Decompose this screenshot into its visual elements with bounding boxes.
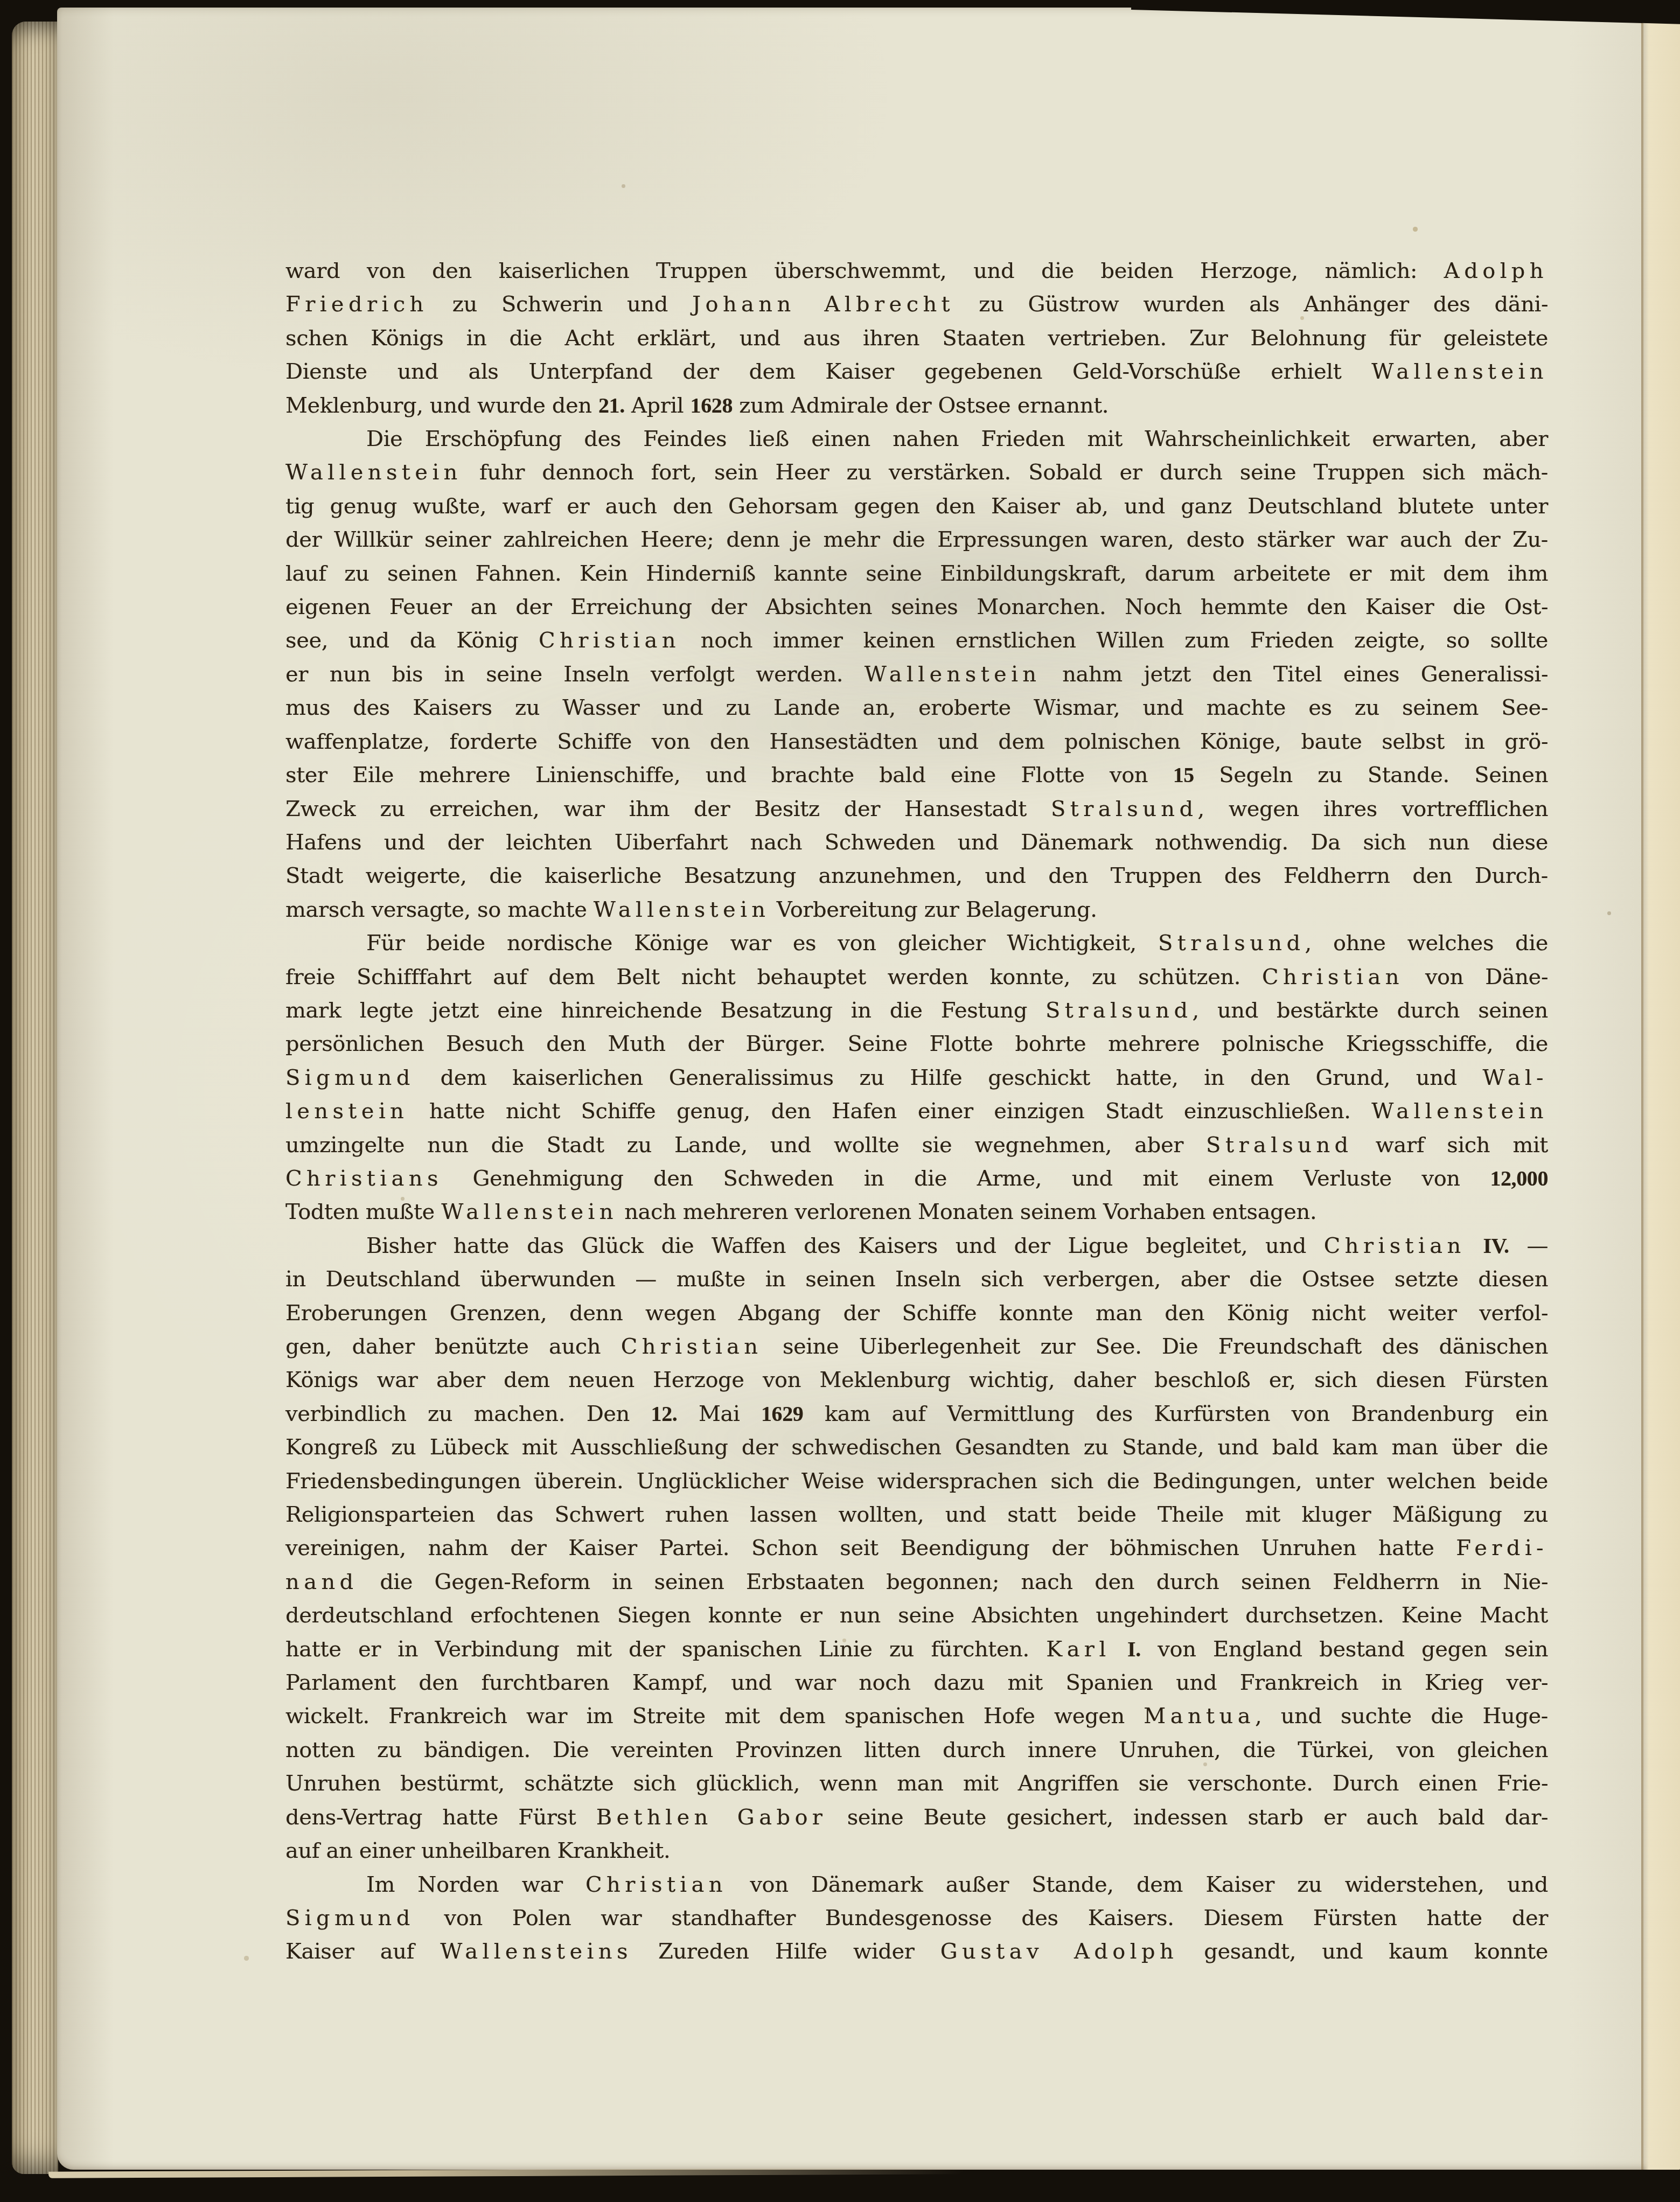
spaced-name: Christian (1324, 1234, 1466, 1258)
spaced-name: Karl (1046, 1637, 1110, 1662)
text-run (1466, 1234, 1483, 1258)
text-line: mus des Kaisers zu Wasser und zu Lande a… (285, 691, 1548, 724)
spaced-name: Christian (1262, 965, 1404, 989)
text-run: Meklenburg, und wurde den (285, 393, 598, 418)
text-run: Segeln zu Stande. Seinen (1194, 763, 1548, 788)
text-line: ster Eile mehrere Linienschiffe, und bra… (285, 758, 1548, 792)
text-run: , ohne welches die (1305, 931, 1548, 956)
text-line: Königs war aber dem neuen Herzoge von Me… (285, 1363, 1548, 1397)
text-line: Unruhen bestürmt, schätzte sich glücklic… (285, 1767, 1548, 1800)
text-line: Friedensbedingungen überein. Unglücklich… (285, 1465, 1548, 1498)
text-line: lauf zu seinen Fahnen. Kein Hinderniß ka… (285, 557, 1548, 590)
text-run: Hafens und der leichten Uiberfahrt nach … (285, 830, 1548, 855)
text-line: dens-Vertrag hatte Fürst Bethlen Gabor s… (285, 1801, 1548, 1834)
text-run: zu Schwerin und (428, 292, 692, 317)
text-run: hatte er in Verbindung mit der spanische… (285, 1637, 1046, 1662)
page-text-block: ward von den kaiserlichen Truppen übersc… (285, 254, 1548, 1969)
text-run: Für beide nordische Könige war es von gl… (366, 931, 1158, 956)
text-line: waffenplatze, forderte Schiffe von den H… (285, 725, 1548, 758)
spaced-name: Friedrich (285, 292, 428, 317)
text-run: nahm jetzt den Titel eines Generalissi- (1041, 662, 1548, 687)
text-run: Mai (677, 1402, 761, 1426)
text-run: Kaiser auf (285, 1939, 440, 1964)
text-run: hatte nicht Schiffe genug, den Hafen ein… (408, 1099, 1371, 1124)
text-run: kam auf Vermittlung des Kurfürsten von B… (803, 1402, 1548, 1426)
spaced-name: Adolph (1444, 259, 1548, 283)
text-run: ward von den kaiserlichen Truppen übersc… (285, 259, 1444, 283)
text-run: auf an einer unheilbaren Krankheit. (285, 1838, 670, 1863)
antiqua-figure: 21. (598, 393, 625, 417)
text-line: Religionsparteien das Schwert ruhen lass… (285, 1498, 1548, 1531)
text-line: persönlichen Besuch den Muth der Bürger.… (285, 1027, 1548, 1061)
page-fold-edge (1641, 8, 1680, 2170)
text-line: Bisher hatte das Glück die Waffen des Ka… (285, 1229, 1548, 1263)
text-run: Stadt weigerte, die kaiserliche Besatzun… (285, 863, 1548, 888)
text-run: warf sich mit (1353, 1133, 1548, 1158)
text-run: eigenen Feuer an der Erreichung der Absi… (285, 595, 1548, 619)
text-run: freie Schifffahrt auf dem Belt nicht beh… (285, 965, 1262, 989)
spaced-name: Wallenstein (865, 662, 1041, 687)
text-run: Zureden Hilfe wider (632, 1939, 940, 1964)
text-run: noch immer keinen ernstlichen Willen zum… (680, 628, 1548, 653)
spaced-name: Wallensteins (440, 1939, 632, 1964)
text-line: notten zu bändigen. Die vereinten Provin… (285, 1733, 1548, 1767)
text-run: gesandt, und kaum konnte (1178, 1939, 1548, 1964)
text-run: see, und da König (285, 628, 539, 653)
text-line: hatte er in Verbindung mit der spanische… (285, 1633, 1548, 1666)
text-run: zu Güstrow wurden als Anhänger des däni- (954, 292, 1548, 317)
text-run (1111, 1637, 1127, 1662)
text-line: Zweck zu erreichen, war ihm der Besitz d… (285, 792, 1548, 826)
text-run: Die Erschöpfung des Feindes ließ einen n… (366, 427, 1548, 451)
text-run: von Dänemark außer Stande, dem Kaiser zu… (727, 1872, 1548, 1897)
text-run: Religionsparteien das Schwert ruhen lass… (285, 1502, 1548, 1527)
text-run: Genehmigung den Schweden in die Arme, un… (443, 1166, 1490, 1191)
text-line: Meklenburg, und wurde den 21. April 1628… (285, 389, 1548, 422)
text-run: vereinigen, nahm der Kaiser Partei. Scho… (285, 1536, 1456, 1560)
text-run: Unruhen bestürmt, schätzte sich glücklic… (285, 1771, 1548, 1796)
spaced-name: Christian (539, 628, 680, 653)
text-line: Christians Genehmigung den Schweden in d… (285, 1162, 1548, 1195)
text-run: , wegen ihres vortrefflichen (1198, 797, 1548, 821)
spaced-name: Wallenstein (1371, 359, 1548, 384)
antiqua-figure: 12,000 (1490, 1166, 1548, 1190)
spaced-name: Wal- (1483, 1065, 1548, 1090)
text-run: Eroberungen Grenzen, denn wegen Abgang d… (285, 1301, 1548, 1326)
text-line: Eroberungen Grenzen, denn wegen Abgang d… (285, 1297, 1548, 1330)
spaced-name: Wallenstein (594, 897, 770, 922)
spaced-name: Christian (585, 1872, 727, 1897)
spaced-name: Gustav Adolph (940, 1939, 1178, 1964)
text-line: verbindlich zu machen. Den 12. Mai 1629 … (285, 1397, 1548, 1431)
text-line: umzingelte nun die Stadt zu Lande, und w… (285, 1128, 1548, 1162)
text-run: Königs war aber dem neuen Herzoge von Me… (285, 1368, 1548, 1392)
text-line: in Deutschland überwunden — mußte in sei… (285, 1263, 1548, 1296)
spaced-name: Christians (285, 1166, 443, 1191)
text-line: der Willkür seiner zahlreichen Heere; de… (285, 523, 1548, 556)
text-line: Kongreß zu Lübeck mit Ausschließung der … (285, 1431, 1548, 1464)
text-line: Stadt weigerte, die kaiserliche Besatzun… (285, 859, 1548, 893)
text-run: , und suchte die Huge- (1255, 1704, 1548, 1729)
text-run: mus des Kaisers zu Wasser und zu Lande a… (285, 695, 1548, 720)
text-run: nach mehreren verlorenen Monaten seinem … (618, 1200, 1316, 1224)
text-line: gen, daher benützte auch Christian seine… (285, 1330, 1548, 1363)
text-line: Parlament den furchtbaren Kampf, und war… (285, 1666, 1548, 1699)
text-line: Die Erschöpfung des Feindes ließ einen n… (285, 422, 1548, 456)
text-run: von Däne- (1404, 965, 1548, 989)
text-run: wickelt. Frankreich war im Streite mit d… (285, 1704, 1144, 1729)
spaced-name: Christian (621, 1334, 763, 1359)
text-run: zum Admirale der Ostsee ernannt. (733, 393, 1109, 418)
text-run: Kongreß zu Lübeck mit Ausschließung der … (285, 1435, 1548, 1460)
spaced-name: Bethlen Gabor (596, 1805, 827, 1830)
text-line: freie Schifffahrt auf dem Belt nicht beh… (285, 960, 1548, 994)
text-line: Hafens und der leichten Uiberfahrt nach … (285, 826, 1548, 859)
antiqua-figure: IV. (1483, 1234, 1509, 1258)
text-run: mark legte jetzt eine hinreichende Besat… (285, 998, 1045, 1023)
text-run: umzingelte nun die Stadt zu Lande, und w… (285, 1133, 1206, 1158)
spaced-name: Wallenstein (285, 460, 462, 485)
text-run: Friedensbedingungen überein. Unglücklich… (285, 1469, 1548, 1494)
text-run: Im Norden war (366, 1872, 585, 1897)
text-line: ward von den kaiserlichen Truppen übersc… (285, 254, 1548, 288)
text-line: schen Königs in die Acht erklärt, und au… (285, 322, 1548, 355)
book-fore-edge-pages (12, 22, 58, 2174)
paper-specks (57, 8, 59, 9)
text-run: verbindlich zu machen. Den (285, 1402, 651, 1426)
text-line: lenstein hatte nicht Schiffe genug, den … (285, 1095, 1548, 1128)
text-run: — (1509, 1234, 1548, 1258)
text-run: Dienste und als Unterpfand der dem Kaise… (285, 359, 1371, 384)
text-run: die Gegen-Reform in seinen Erbstaaten be… (358, 1570, 1548, 1594)
text-run: von England bestand gegen sein (1141, 1637, 1548, 1662)
book-page: ward von den kaiserlichen Truppen übersc… (57, 8, 1680, 2170)
text-line: mark legte jetzt eine hinreichende Besat… (285, 994, 1548, 1027)
text-run: notten zu bändigen. Die vereinten Provin… (285, 1738, 1548, 1762)
text-run: Zweck zu erreichen, war ihm der Besitz d… (285, 797, 1051, 821)
text-line: Friedrich zu Schwerin und Johann Albrech… (285, 288, 1548, 321)
text-run: seine Uiberlegenheit zur See. Die Freund… (763, 1334, 1549, 1359)
text-run: er nun bis in seine Inseln verfolgt werd… (285, 662, 865, 687)
text-line: wickelt. Frankreich war im Streite mit d… (285, 1699, 1548, 1733)
spaced-name: nand (285, 1570, 358, 1594)
text-line: Sigmund von Polen war standhafter Bundes… (285, 1901, 1548, 1935)
text-line: Wallenstein fuhr dennoch fort, sein Heer… (285, 456, 1548, 489)
text-run: lauf zu seinen Fahnen. Kein Hinderniß ka… (285, 561, 1548, 586)
text-run: fuhr dennoch fort, sein Heer zu verstärk… (462, 460, 1548, 485)
text-line: Sigmund dem kaiserlichen Generalissimus … (285, 1061, 1548, 1095)
text-line: nand die Gegen-Reform in seinen Erbstaat… (285, 1565, 1548, 1599)
text-line: Für beide nordische Könige war es von gl… (285, 926, 1548, 960)
text-run: ster Eile mehrere Linienschiffe, und bra… (285, 763, 1173, 788)
text-run: schen Königs in die Acht erklärt, und au… (285, 326, 1548, 351)
text-run: , und bestärkte durch seinen (1193, 998, 1548, 1023)
antiqua-figure: 15 (1173, 763, 1194, 787)
text-line: Todten mußte Wallenstein nach mehreren v… (285, 1195, 1548, 1229)
text-line: Dienste und als Unterpfand der dem Kaise… (285, 355, 1548, 388)
text-line: see, und da König Christian noch immer k… (285, 624, 1548, 657)
antiqua-figure: I. (1127, 1637, 1141, 1661)
spaced-name: Mantua (1144, 1704, 1255, 1729)
text-run: dens-Vertrag hatte Fürst (285, 1805, 596, 1830)
text-line: derdeutschland erfochtenen Siegen konnte… (285, 1599, 1548, 1632)
spaced-name: Stralsund (1045, 998, 1193, 1023)
text-run: von Polen war standhafter Bundesgenosse … (415, 1906, 1548, 1931)
text-run: gen, daher benützte auch (285, 1334, 621, 1359)
text-line: vereinigen, nahm der Kaiser Partei. Scho… (285, 1531, 1548, 1565)
text-line: er nun bis in seine Inseln verfolgt werd… (285, 658, 1548, 691)
spaced-name: Stralsund (1206, 1133, 1353, 1158)
text-run: dem kaiserlichen Generalissimus zu Hilfe… (415, 1065, 1483, 1090)
text-run: Todten mußte (285, 1200, 441, 1224)
text-run: seine Beute gesichert, indessen starb er… (827, 1805, 1548, 1830)
antiqua-figure: 12. (651, 1402, 678, 1426)
spaced-name: Sigmund (285, 1065, 415, 1090)
spaced-name: Johann Albrecht (692, 292, 954, 317)
book-scan-background: ward von den kaiserlichen Truppen übersc… (0, 0, 1680, 2202)
spaced-name: Wallenstein (441, 1200, 618, 1224)
text-line: Kaiser auf Wallensteins Zureden Hilfe wi… (285, 1935, 1548, 1968)
spaced-name: Stralsund (1051, 797, 1198, 821)
spaced-name: Wallenstein (1371, 1099, 1548, 1124)
text-run: in Deutschland überwunden — mußte in sei… (285, 1267, 1548, 1292)
spaced-name: Ferdi- (1456, 1536, 1548, 1560)
text-run: derdeutschland erfochtenen Siegen konnte… (285, 1603, 1548, 1628)
text-run: persönlichen Besuch den Muth der Bürger.… (285, 1032, 1548, 1056)
text-run: der Willkür seiner zahlreichen Heere; de… (285, 527, 1548, 552)
text-run: tig genug wußte, warf er auch den Gehors… (285, 494, 1548, 519)
spaced-name: Stralsund (1158, 931, 1305, 956)
text-line: Im Norden war Christian von Dänemark auß… (285, 1868, 1548, 1901)
text-run: waffenplatze, forderte Schiffe von den H… (285, 729, 1548, 754)
antiqua-figure: 1628 (691, 393, 733, 417)
text-line: auf an einer unheilbaren Krankheit. (285, 1834, 1548, 1867)
text-run: April (625, 393, 691, 418)
spaced-name: lenstein (285, 1099, 408, 1124)
text-run: Vorbereitung zur Belagerung. (770, 897, 1097, 922)
text-line: tig genug wußte, warf er auch den Gehors… (285, 490, 1548, 523)
text-run: Parlament den furchtbaren Kampf, und war… (285, 1670, 1548, 1695)
text-run: marsch versagte, so machte (285, 897, 594, 922)
antiqua-figure: 1629 (761, 1402, 803, 1426)
text-line: marsch versagte, so machte Wallenstein V… (285, 893, 1548, 926)
text-line: eigenen Feuer an der Erreichung der Absi… (285, 590, 1548, 624)
spaced-name: Sigmund (285, 1906, 415, 1931)
text-run: Bisher hatte das Glück die Waffen des Ka… (366, 1234, 1324, 1258)
